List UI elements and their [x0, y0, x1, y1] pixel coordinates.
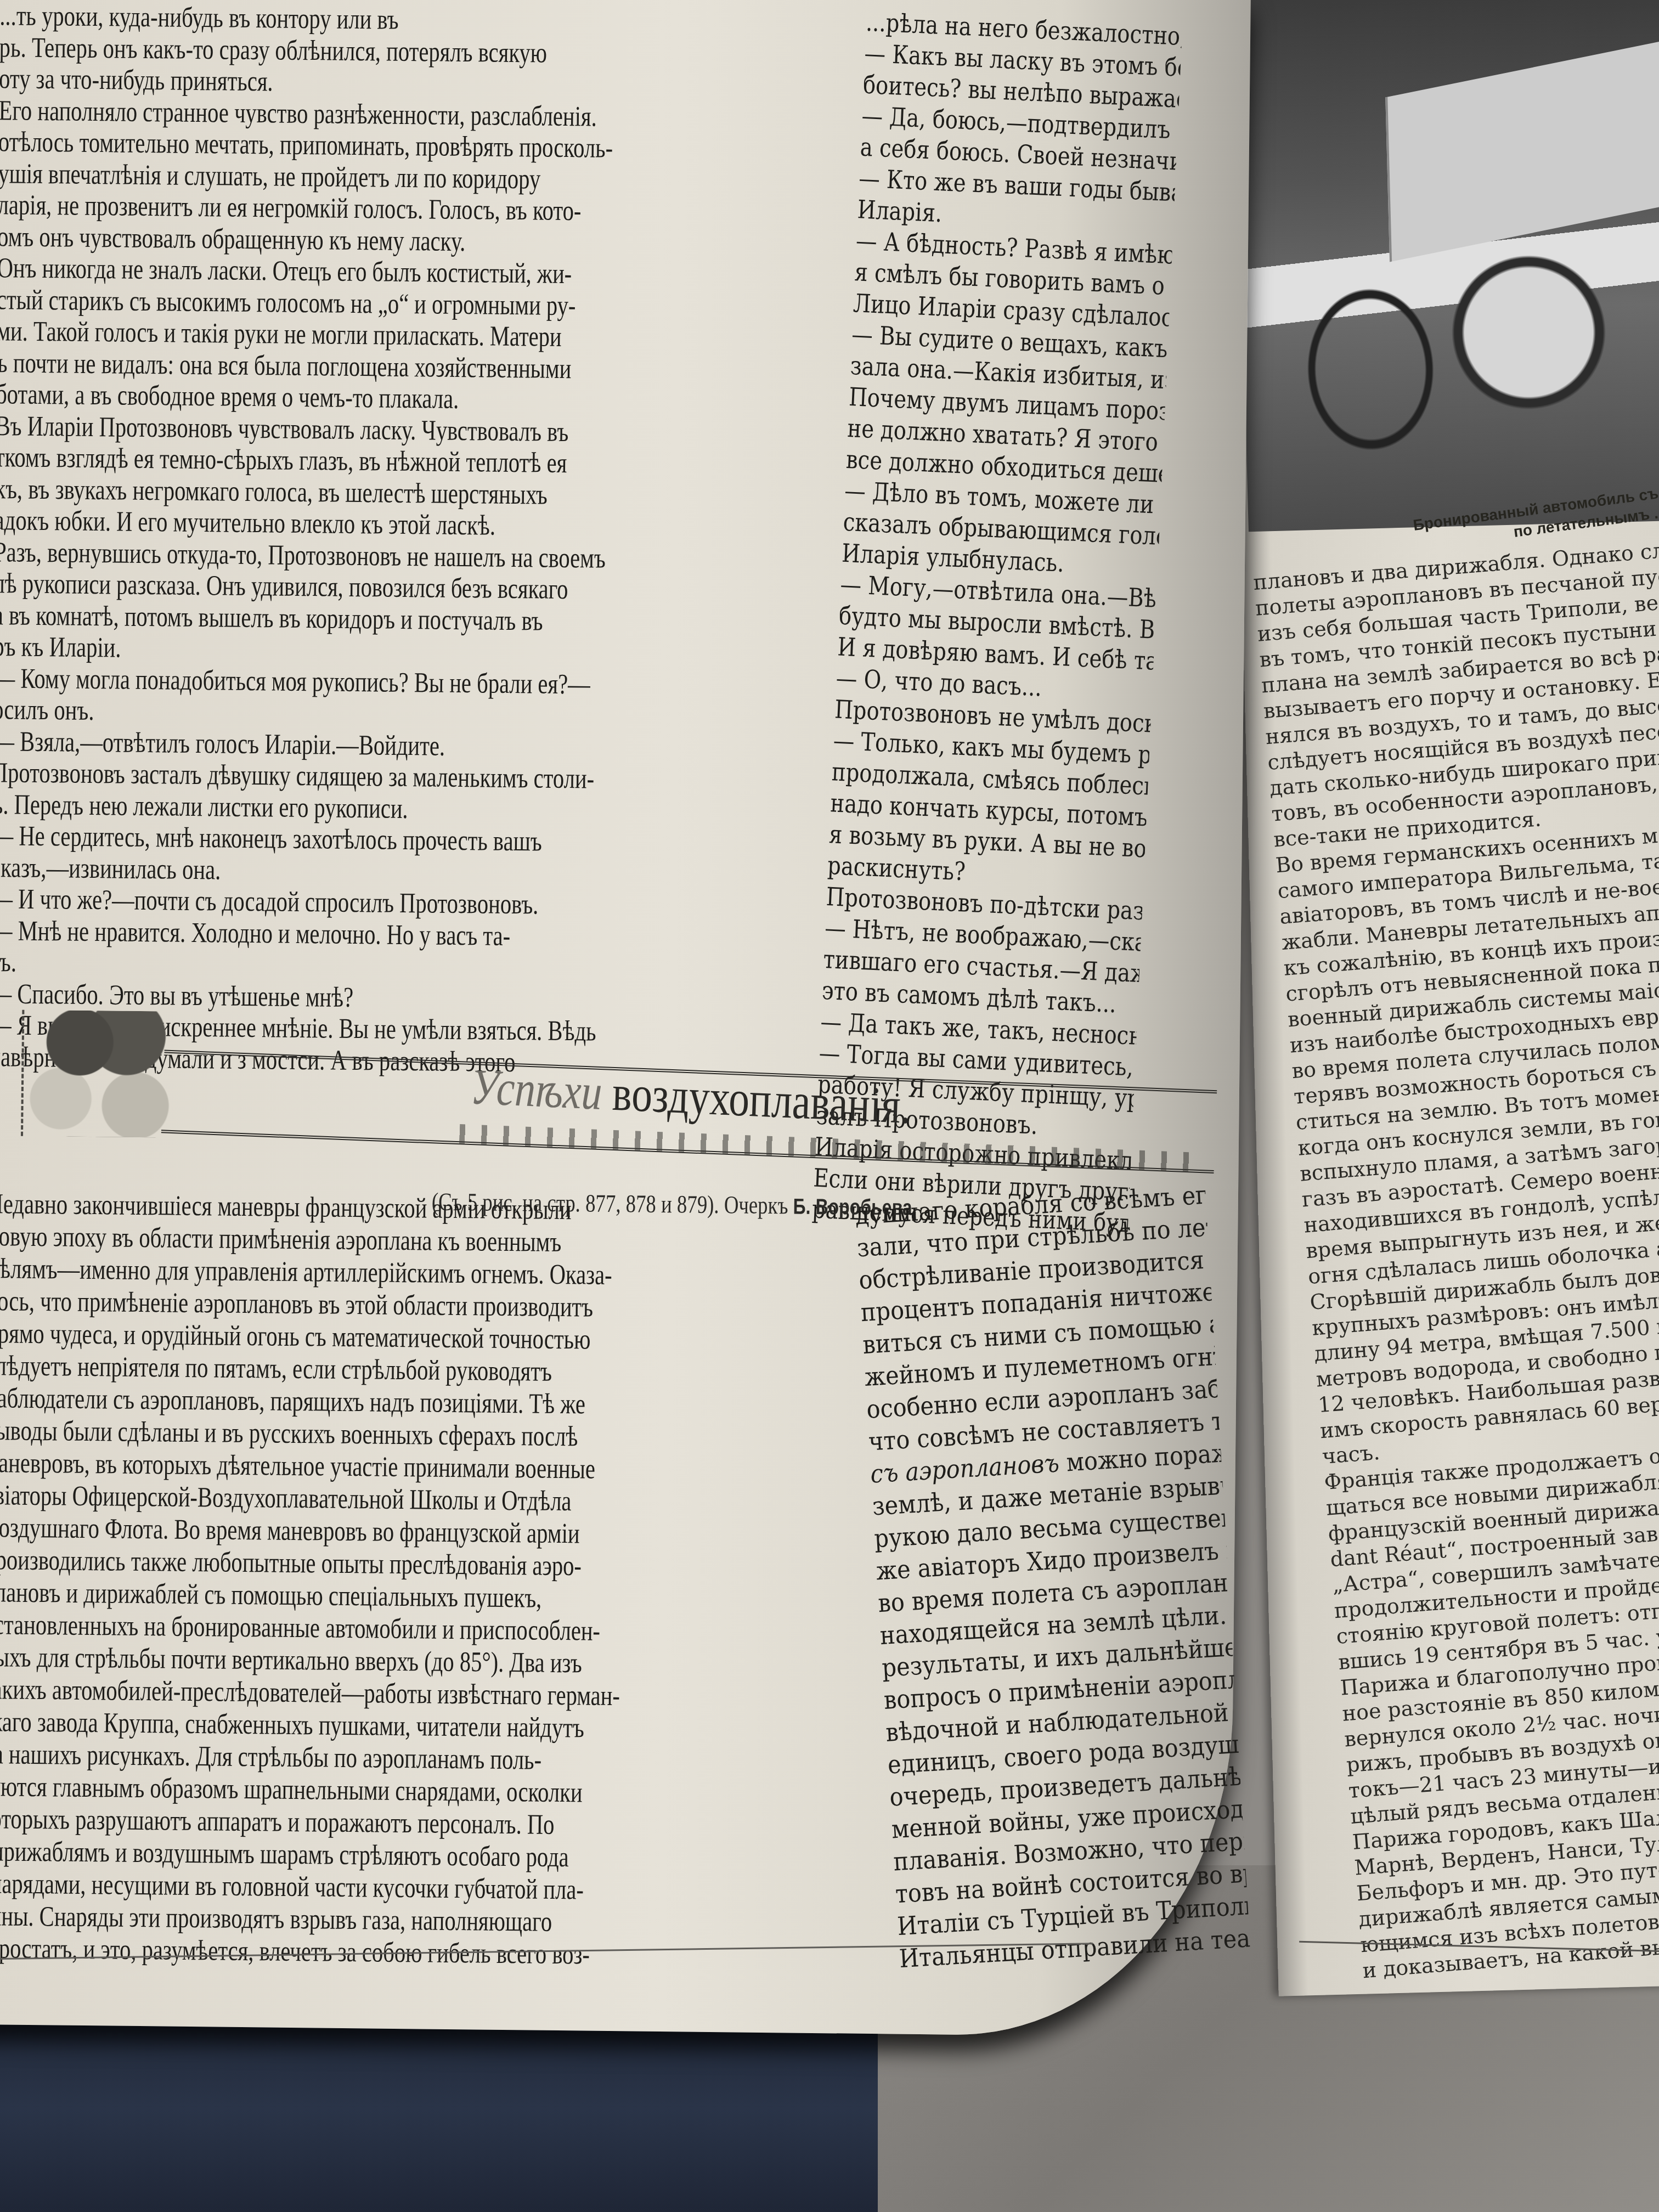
title-word-1: Успѣхи	[470, 1058, 603, 1120]
article-column-2: душнаго корабля со всѣмъ его экипажемъ.з…	[854, 1179, 1251, 1975]
right-article-column: плановъ и два дирижабля. Однако слѣд...п…	[1252, 532, 1659, 1984]
article-column-1: Недавно закончившіеся маневры французско…	[0, 1188, 832, 1973]
story-column-1: ...ть уроки, куда-нибудь въ контору или …	[0, 0, 845, 1081]
left-page: ...ть уроки, куда-нибудь въ контору или …	[0, 0, 1251, 2038]
armored-car-body	[1385, 28, 1659, 262]
article-header-banner: Успѣхи воздухоплаванія.	[21, 1010, 1202, 1160]
right-page: Бронированный автомобиль съ установленн.…	[1226, 0, 1659, 1996]
title-word-2: воздухоплаванія.	[612, 1065, 912, 1134]
armored-car-photo	[1234, 0, 1659, 532]
